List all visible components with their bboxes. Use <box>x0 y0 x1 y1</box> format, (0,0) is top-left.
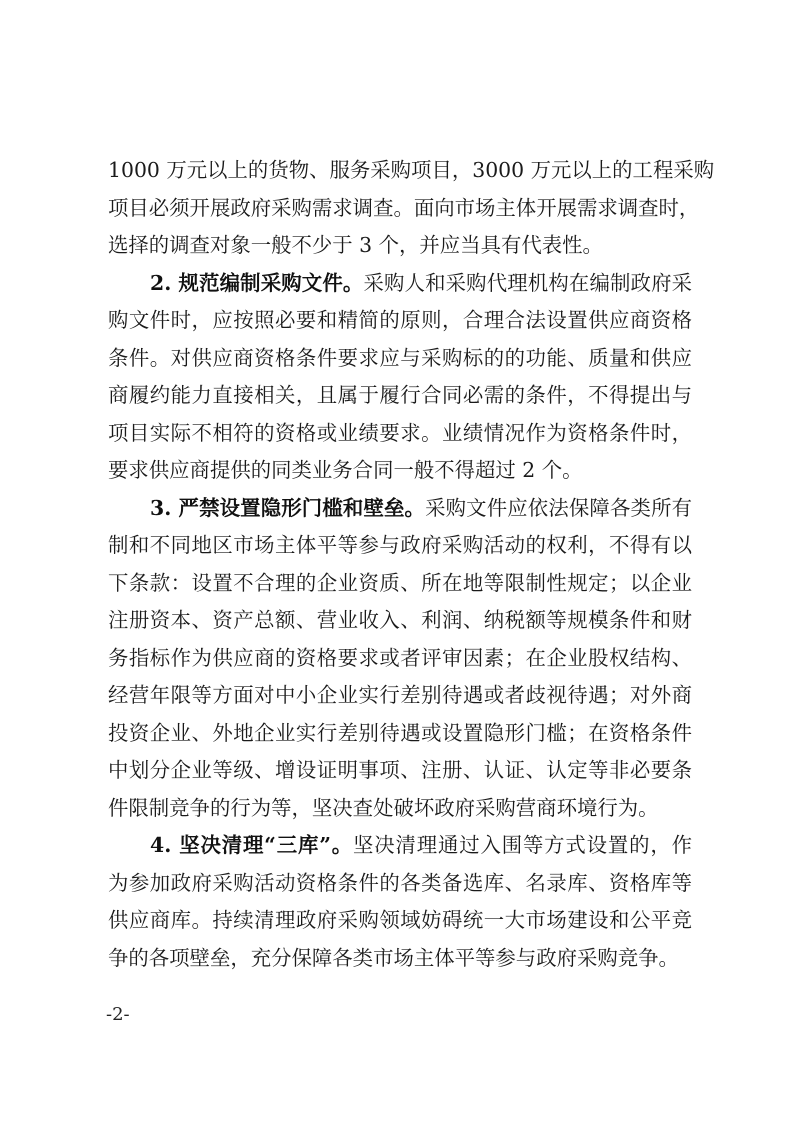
text-line: 为参加政府采购活动资格条件的各类备选库、名录库、资格库等 <box>108 865 692 903</box>
text-line: 要求供应商提供的同类业务合同一般不得超过 2 个。 <box>108 452 692 490</box>
text-line: 投资企业、外地企业实行差别待遇或设置隐形门槛；在资格条件 <box>108 715 692 753</box>
text-line: 2. 规范编制采购文件。采购人和采购代理机构在编制政府采 <box>108 265 692 303</box>
text-line: 选择的调查对象一般不少于 3 个，并应当具有代表性。 <box>108 227 692 265</box>
text-line: 1000 万元以上的货物、服务采购项目，3000 万元以上的工程采购 <box>108 152 692 190</box>
section-heading: 4. 坚决清理“三库”。 <box>150 833 353 857</box>
text-line: 商履约能力直接相关，且属于履行合同必需的条件，不得提出与 <box>108 377 692 415</box>
document-body: 1000 万元以上的货物、服务采购项目，3000 万元以上的工程采购 项目必须开… <box>108 152 692 977</box>
text-line: 项目实际不相符的资格或业绩要求。业绩情况作为资格条件时， <box>108 415 692 453</box>
section-heading: 2. 规范编制采购文件。 <box>150 271 363 295</box>
text-line: 3. 严禁设置隐形门槛和壁垒。采购文件应依法保障各类所有 <box>108 490 692 528</box>
paragraph-continuation: 1000 万元以上的货物、服务采购项目，3000 万元以上的工程采购 项目必须开… <box>108 152 692 265</box>
text-line: 经营年限等方面对中小企业实行差别待遇或者歧视待遇；对外商 <box>108 677 692 715</box>
text-line: 务指标作为供应商的资格要求或者评审因素；在企业股权结构、 <box>108 640 692 678</box>
text-line: 购文件时，应按照必要和精简的原则，合理合法设置供应商资格 <box>108 302 692 340</box>
paragraph-4-clean-up-three-libraries: 4. 坚决清理“三库”。坚决清理通过入围等方式设置的，作 为参加政府采购活动资格… <box>108 827 692 977</box>
text-line: 注册资本、资产总额、营业收入、利润、纳税额等规模条件和财 <box>108 602 692 640</box>
page-number: -2- <box>106 1004 130 1025</box>
paragraph-3-prohibit-hidden-barriers: 3. 严禁设置隐形门槛和壁垒。采购文件应依法保障各类所有 制和不同地区市场主体平… <box>108 490 692 828</box>
text-run: 采购文件应依法保障各类所有 <box>425 496 692 520</box>
text-line: 4. 坚决清理“三库”。坚决清理通过入围等方式设置的，作 <box>108 827 692 865</box>
text-line: 项目必须开展政府采购需求调查。面向市场主体开展需求调查时， <box>108 190 692 228</box>
section-heading: 3. 严禁设置隐形门槛和壁垒。 <box>150 496 425 520</box>
text-line: 下条款：设置不合理的企业资质、所在地等限制性规定；以企业 <box>108 565 692 603</box>
text-run: 坚决清理通过入围等方式设置的，作 <box>353 833 692 857</box>
text-line: 件限制竞争的行为等，坚决查处破坏政府采购营商环境行为。 <box>108 790 692 828</box>
text-line: 制和不同地区市场主体平等参与政府采购活动的权利，不得有以 <box>108 527 692 565</box>
text-line: 供应商库。持续清理政府采购领域妨碍统一大市场建设和公平竞 <box>108 902 692 940</box>
document-page: 1000 万元以上的货物、服务采购项目，3000 万元以上的工程采购 项目必须开… <box>0 0 793 1122</box>
text-line: 争的各项壁垒，充分保障各类市场主体平等参与政府采购竞争。 <box>108 940 692 978</box>
text-run: 采购人和采购代理机构在编制政府采 <box>363 271 692 295</box>
text-line: 中划分企业等级、增设证明事项、注册、认证、认定等非必要条 <box>108 752 692 790</box>
paragraph-2-standardize-procurement-documents: 2. 规范编制采购文件。采购人和采购代理机构在编制政府采 购文件时，应按照必要和… <box>108 265 692 490</box>
text-line: 条件。对供应商资格条件要求应与采购标的的功能、质量和供应 <box>108 340 692 378</box>
